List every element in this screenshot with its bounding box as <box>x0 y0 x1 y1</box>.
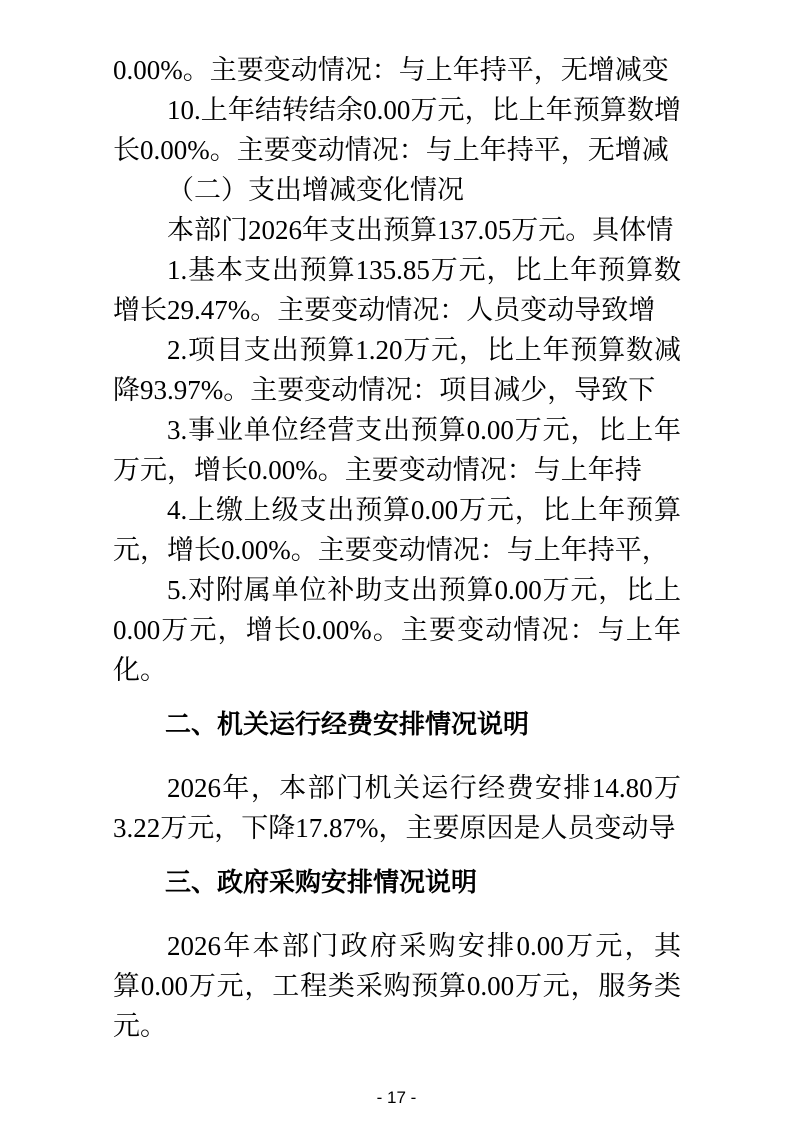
text-line: 0.00%。主要变动情况：与上年持平，无增减变化。 <box>113 50 681 90</box>
text-line: 元。 <box>113 1006 681 1046</box>
text-line: 本部门2026年支出预算137.05万元。具体情况如下： <box>113 210 681 250</box>
text-line: 化。 <box>113 650 681 690</box>
text-line: 万元，增长0.00%。主要变动情况：与上年持平，无增减变化。 <box>113 450 681 490</box>
text-line: 元，增长0.00%。主要变动情况：与上年持平，无增减变化。 <box>113 530 681 570</box>
text-line: 增长29.47%。主要变动情况：人员变动导致增长。 <box>113 290 681 330</box>
document-body: 0.00%。主要变动情况：与上年持平，无增减变化。10.上年结转结余0.00万元… <box>113 50 681 1046</box>
page-number: - 17 - <box>0 1088 793 1108</box>
text-line: 降93.97%。主要变动情况：项目减少，导致下降。 <box>113 370 681 410</box>
text-line: 2.项目支出预算1.20万元，比上年预算数减少18.70万元，下 <box>113 330 681 370</box>
text-line: 3.22万元，下降17.87%，主要原因是人员变动导致下降。 <box>113 808 681 848</box>
section-heading: 二、机关运行经费安排情况说明 <box>113 704 681 744</box>
text-line: 4.上缴上级支出预算0.00万元，比上年预算数增加0.00万 <box>113 490 681 530</box>
text-line: （二）支出增减变化情况 <box>113 170 681 210</box>
document-page: 0.00%。主要变动情况：与上年持平，无增减变化。10.上年结转结余0.00万元… <box>0 0 793 1122</box>
section-heading: 三、政府采购安排情况说明 <box>113 862 681 902</box>
text-line: 长0.00%。主要变动情况：与上年持平，无增减变化。 <box>113 130 681 170</box>
text-line: 0.00万元，增长0.00%。主要变动情况：与上年持平，无增减变 <box>113 610 681 650</box>
text-line: 2026年，本部门机关运行经费安排14.80万元，比上年减少 <box>113 768 681 808</box>
text-line: 3.事业单位经营支出预算0.00万元，比上年预算数增加0.00 <box>113 410 681 450</box>
text-line: 1.基本支出预算135.85万元，比上年预算数增加30.92万元， <box>113 250 681 290</box>
text-line: 5.对附属单位补助支出预算0.00万元，比上年预算数增加 <box>113 570 681 610</box>
text-line: 10.上年结转结余0.00万元，比上年预算数增加0.00万元，增 <box>113 90 681 130</box>
text-line: 2026年本部门政府采购安排0.00万元，其中：货物类采购预 <box>113 926 681 966</box>
text-line: 算0.00万元，工程类采购预算0.00万元，服务类采购预算0.00万 <box>113 966 681 1006</box>
